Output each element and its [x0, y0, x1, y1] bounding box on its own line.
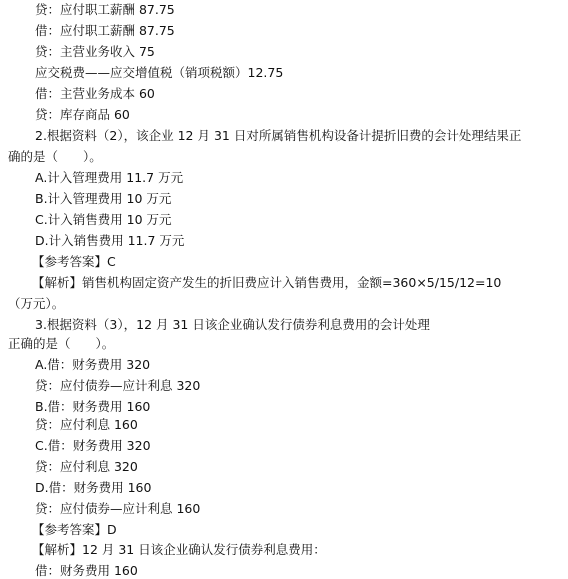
question-2-answer: 【参考答案】C: [32, 254, 116, 270]
question-3-text: 3.根据资料（3），12 月 31 日该企业确认发行债券利息费用的会计处理: [35, 317, 430, 333]
question-3-option-a-credit: 贷：应付债券—应计利息 320: [35, 378, 200, 394]
question-3-option-d-credit: 贷：应付债券—应计利息 160: [35, 501, 200, 517]
question-2-option-b: B.计入管理费用 10 万元: [35, 191, 171, 207]
question-2-option-a: A.计入管理费用 11.7 万元: [35, 170, 183, 186]
journal-credit-inventory-line: 贷：库存商品 60: [35, 107, 130, 123]
question-2-text: 2.根据资料（2），该企业 12 月 31 日对所属销售机构设备计提折旧费的会计…: [35, 128, 521, 144]
journal-debit-payroll-line: 借：应付职工薪酬 87.75: [35, 23, 175, 39]
journal-credit-payroll-line: 贷：应付职工薪酬 87.75: [35, 2, 175, 18]
question-3-explanation: 【解析】12 月 31 日该企业确认发行债券利息费用：: [32, 542, 326, 558]
question-3-text-cont: 正确的是（ ）。: [8, 336, 114, 352]
question-3-option-a-debit: A.借：财务费用 320: [35, 357, 150, 373]
question-3-option-c-debit: C.借：财务费用 320: [35, 438, 151, 454]
question-2-explanation-cont: （万元）。: [8, 296, 64, 312]
question-3-explanation-debit: 借：财务费用 160: [35, 563, 138, 579]
journal-debit-cost-line: 借：主营业务成本 60: [35, 86, 155, 102]
question-2-option-c: C.计入销售费用 10 万元: [35, 212, 172, 228]
question-3-option-c-credit: 贷：应付利息 320: [35, 459, 138, 475]
question-2-text-cont: 确的是（ ）。: [8, 149, 102, 165]
question-3-option-b-debit: B.借：财务费用 160: [35, 399, 150, 415]
question-3-option-d-debit: D.借：财务费用 160: [35, 480, 151, 496]
journal-vat-line: 应交税费——应交增值税（销项税额）12.75: [35, 65, 283, 81]
question-3-option-b-credit: 贷：应付利息 160: [35, 417, 138, 433]
question-2-explanation: 【解析】销售机构固定资产发生的折旧费应计入销售费用，金额=360×5/15/12…: [32, 275, 501, 291]
question-2-option-d: D.计入销售费用 11.7 万元: [35, 233, 184, 249]
question-3-answer: 【参考答案】D: [32, 522, 117, 538]
journal-credit-revenue-line: 贷：主营业务收入 75: [35, 44, 155, 60]
